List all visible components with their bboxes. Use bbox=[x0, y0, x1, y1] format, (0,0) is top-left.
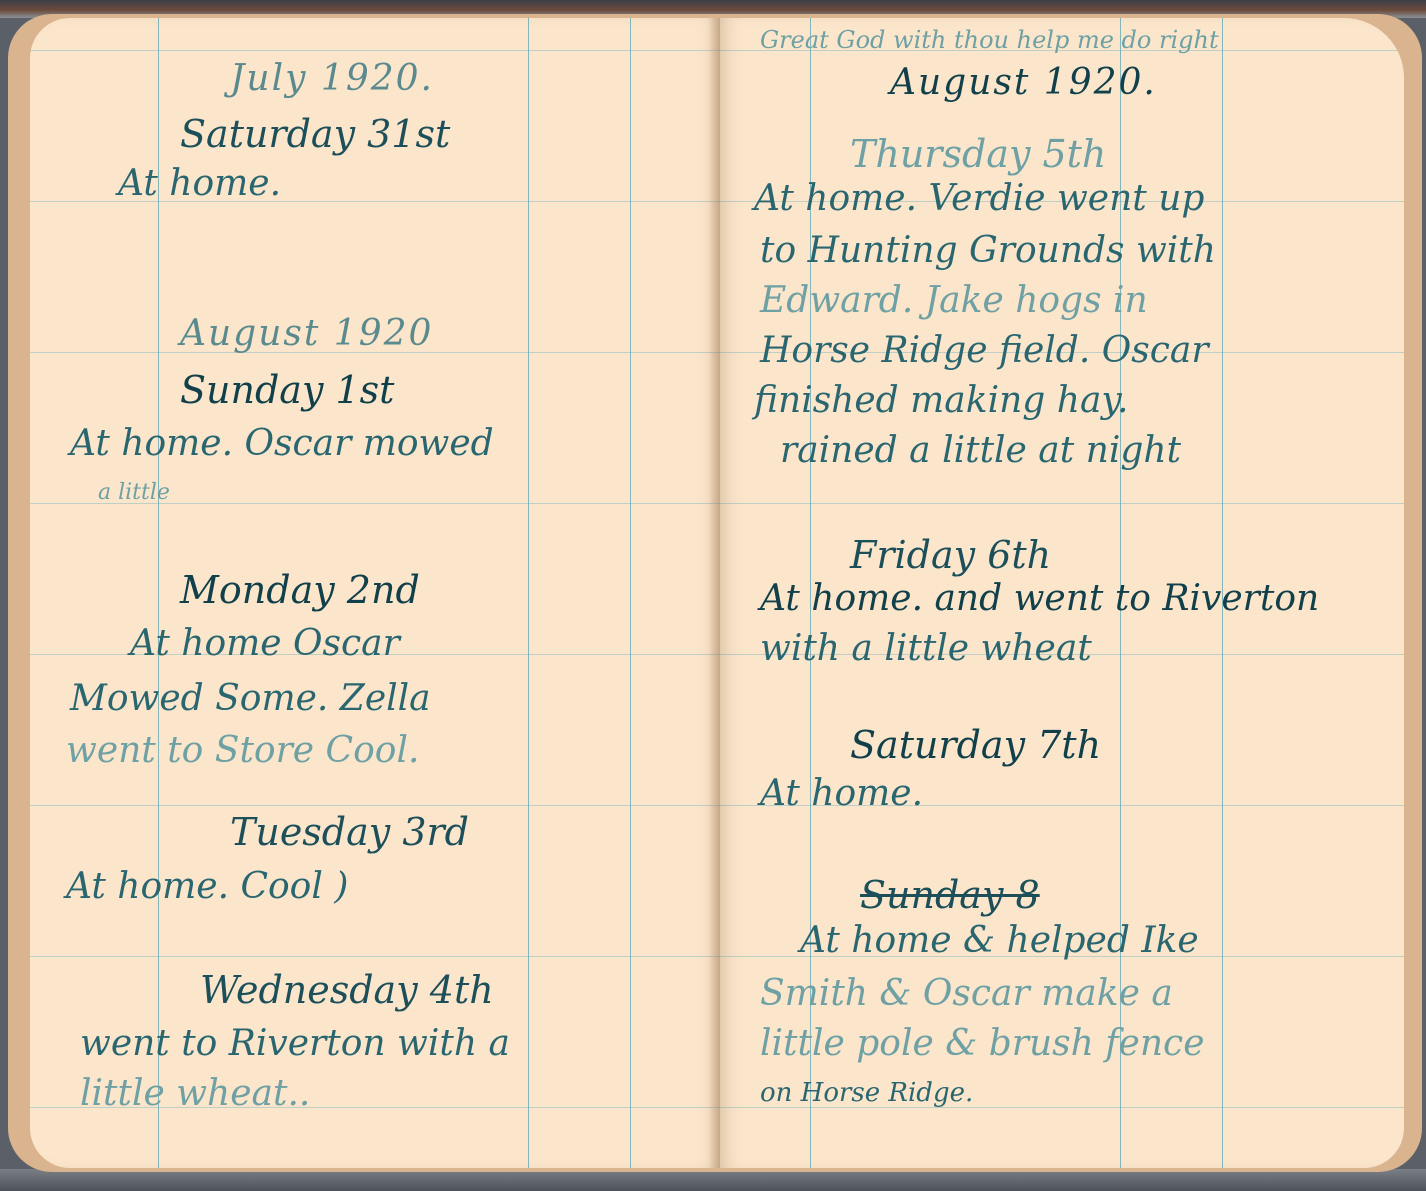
month-heading: August 1920 bbox=[180, 313, 433, 354]
day-heading: Saturday 31st bbox=[180, 112, 450, 156]
entry-line: At home Oscar bbox=[130, 623, 400, 664]
month-heading: August 1920. bbox=[890, 62, 1157, 103]
entry-line: At home. Verdie went up bbox=[754, 178, 1204, 219]
entry-line: At home & helped Ike bbox=[800, 920, 1199, 961]
entry-line: At home. bbox=[760, 773, 923, 814]
day-heading: Wednesday 4th bbox=[200, 968, 494, 1012]
entry-line: Horse Ridge field. Oscar bbox=[760, 330, 1209, 371]
entry-line: little pole & brush fence bbox=[760, 1023, 1205, 1064]
entry-line: went to Store Cool. bbox=[66, 730, 419, 771]
header-note: Great God with thou help me do right bbox=[760, 26, 1219, 54]
day-heading: Sunday 1st bbox=[180, 368, 394, 412]
day-heading: Friday 6th bbox=[850, 533, 1051, 577]
entry-line: with a little wheat bbox=[760, 628, 1092, 669]
entry-line: Mowed Some. Zella bbox=[70, 678, 431, 719]
entry-line: rained a little at night bbox=[780, 430, 1181, 471]
entry-line: At home. Oscar mowed bbox=[70, 423, 494, 464]
open-notebook: July 1920. Saturday 31st At home. August… bbox=[8, 14, 1422, 1172]
day-heading: Saturday 7th bbox=[850, 723, 1101, 767]
rule-vertical bbox=[528, 18, 529, 1168]
entry-line: went to Riverton with a bbox=[80, 1023, 510, 1064]
day-heading: Thursday 5th bbox=[850, 132, 1106, 176]
entry-line: on Horse Ridge. bbox=[760, 1078, 973, 1108]
entry-line: Smith & Oscar make a bbox=[760, 973, 1173, 1014]
month-heading: July 1920. bbox=[230, 58, 434, 99]
entry-line: Edward. Jake hogs in bbox=[760, 280, 1148, 321]
rule-vertical bbox=[630, 18, 631, 1168]
day-heading: Tuesday 3rd bbox=[230, 810, 469, 854]
entry-line: At home. and went to Riverton bbox=[760, 578, 1319, 619]
entry-line: little wheat.. bbox=[80, 1073, 310, 1114]
right-page: Great God with thou help me do right Aug… bbox=[720, 18, 1404, 1168]
day-heading: Sunday 8 bbox=[860, 873, 1040, 917]
entry-line: At home. bbox=[118, 163, 281, 204]
entry-line: At home. Cool ) bbox=[66, 866, 348, 907]
left-page: July 1920. Saturday 31st At home. August… bbox=[30, 18, 720, 1168]
entry-line: to Hunting Grounds with bbox=[760, 230, 1216, 271]
entry-line: finished making hay. bbox=[754, 380, 1128, 421]
notebook-cover-bottom bbox=[0, 1169, 1426, 1191]
day-heading: Monday 2nd bbox=[180, 568, 420, 612]
entry-line: a little bbox=[98, 480, 170, 505]
